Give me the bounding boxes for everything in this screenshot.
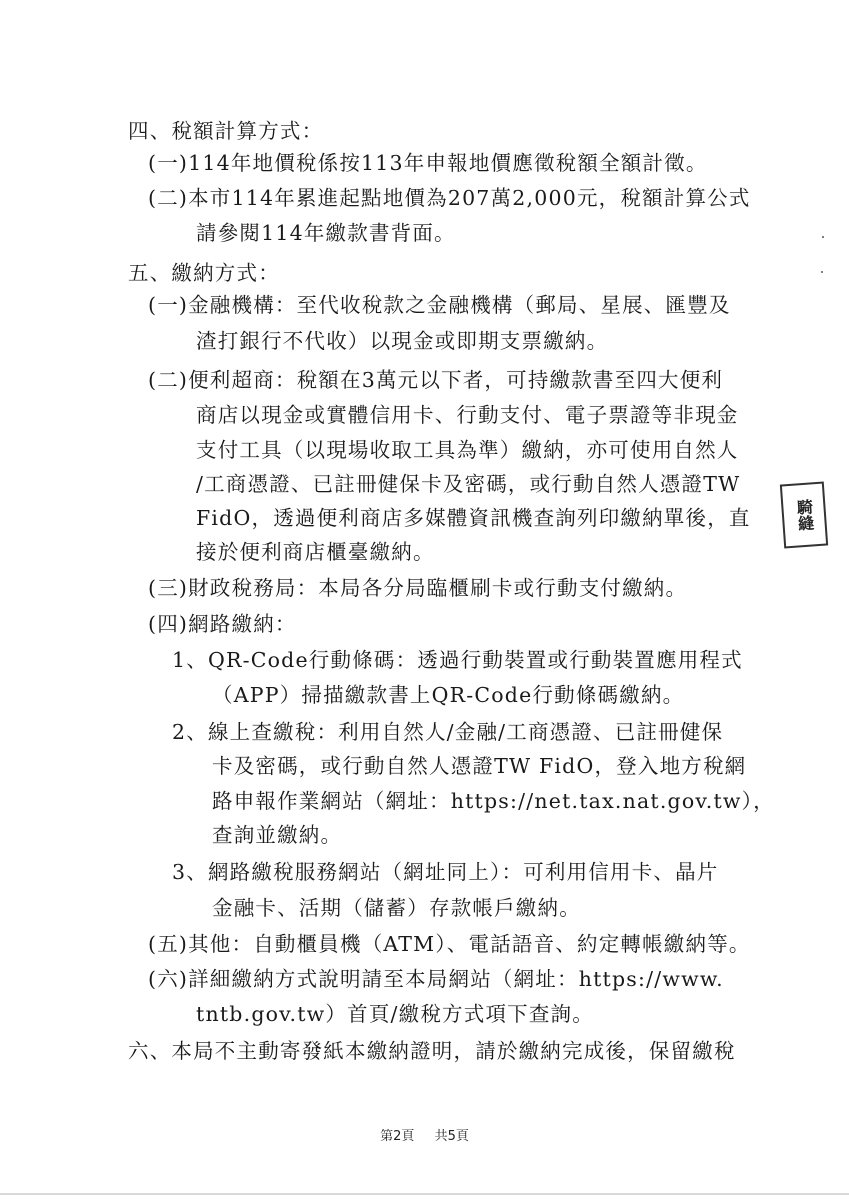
text-line: 渣打銀行不代收）以現金或即期支票繳納。	[196, 326, 608, 356]
scan-edge-line	[0, 1193, 849, 1195]
document-page: 四、稅額計算方式：(一)114年地價稅係按113年申報地價應徵稅額全額計徵。(二…	[0, 0, 849, 1200]
text-line: (二)便利超商：稅額在3萬元以下者，可持繳款書至四大便利	[148, 365, 723, 395]
text-line: FidO，透過便利商店多媒體資訊機查詢列印繳納單後，直	[196, 503, 751, 533]
text-line: 商店以現金或實體信用卡、行動支付、電子票證等非現金	[196, 400, 739, 430]
text-line: tntb.gov.tw）首頁/繳稅方式項下查詢。	[196, 999, 594, 1029]
text-line: 接於便利商店櫃臺繳納。	[196, 537, 435, 567]
text-line: (六)詳細繳納方式說明請至本局網站（網址：https://www.	[148, 964, 724, 994]
text-line: (二)本市114年累進起點地價為207萬2,000元，稅額計算公式	[148, 183, 751, 213]
page-footer: 第2頁 共5頁	[0, 1125, 849, 1144]
text-line: 請參閱114年繳款書背面。	[196, 218, 456, 248]
text-line: 六、本局不主動寄發紙本繳納證明，請於繳納完成後，保留繳稅	[128, 1036, 736, 1066]
text-line: (四)網路繳納：	[148, 609, 297, 639]
page-number: 第2頁	[380, 1129, 414, 1144]
seal-text: 騎縫	[794, 498, 814, 531]
text-line: 五、繳納方式：	[128, 258, 280, 288]
text-line: （APP）掃描繳款書上QR-Code行動條碼繳納。	[212, 680, 684, 710]
scan-speck	[822, 236, 824, 238]
text-line: 1、QR-Code行動條碼：透過行動裝置或行動裝置應用程式	[172, 645, 743, 675]
seal-stamp: 騎縫	[780, 482, 828, 549]
text-line: (三)財政稅務局：本局各分局臨櫃刷卡或行動支付繳納。	[148, 573, 687, 603]
text-line: /工商憑證、已註冊健保卡及密碼，或行動自然人憑證TW	[196, 469, 740, 499]
page-total: 共5頁	[435, 1129, 469, 1144]
text-line: (一)金融機構：至代收稅款之金融機構（郵局、星展、匯豐及	[148, 290, 731, 320]
text-line: 2、線上查繳稅：利用自然人/金融/工商憑證、已註冊健保	[172, 717, 723, 747]
text-line: 金融卡、活期（儲蓄）存款帳戶繳納。	[212, 893, 581, 923]
text-line: (一)114年地價稅係按113年申報地價應徵稅額全額計徵。	[148, 148, 708, 178]
text-line: 路申報作業網站（網址：https://net.tax.nat.gov.tw），	[212, 786, 775, 816]
text-line: 查詢並繳納。	[212, 820, 342, 850]
text-line: 支付工具（以現場收取工具為準）繳納，亦可使用自然人	[196, 435, 739, 465]
text-line: 四、稅額計算方式：	[128, 116, 323, 146]
text-line: 卡及密碼，或行動自然人憑證TW FidO，登入地方稅網	[212, 751, 746, 781]
scan-speck	[821, 271, 823, 273]
text-line: 3、網路繳稅服務網站（網址同上）：可利用信用卡、晶片	[172, 857, 719, 887]
text-line: (五)其他：自動櫃員機（ATM）、電話語音、約定轉帳繳納等。	[148, 929, 751, 959]
